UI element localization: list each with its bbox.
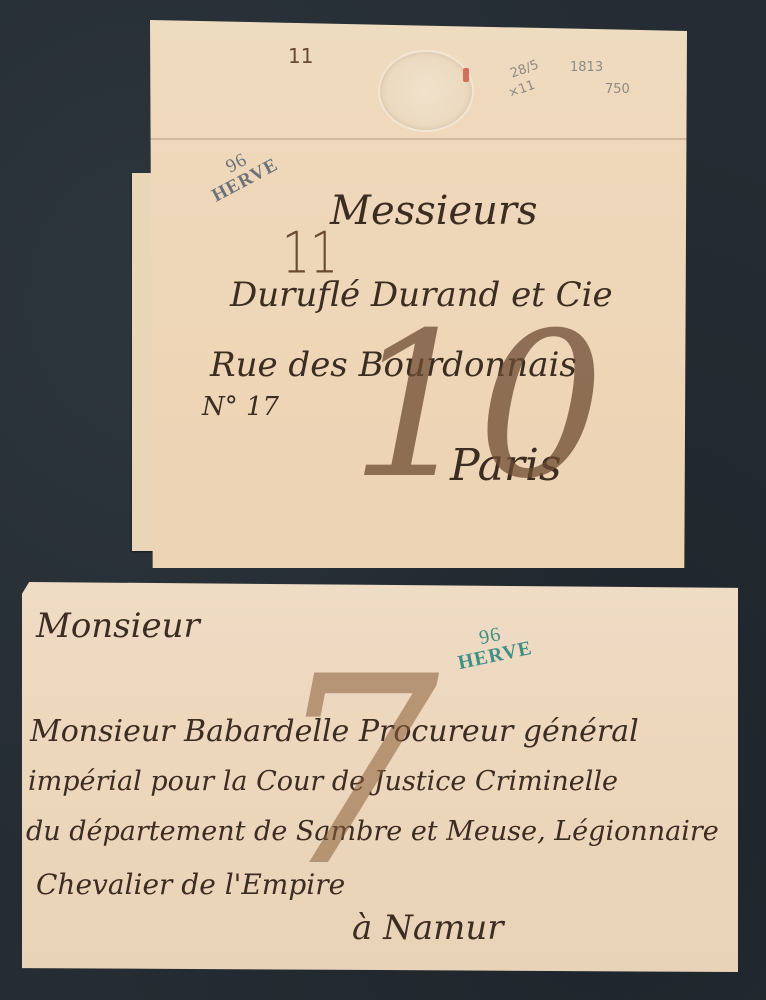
postmark-herve: 96 HERVE: [200, 138, 281, 205]
address-line: Messieurs: [330, 188, 538, 234]
rate-mark: 7: [274, 622, 439, 924]
address-line: N° 17: [202, 392, 279, 422]
address-line: Monsieur: [36, 606, 200, 646]
rate-mark: 10: [350, 290, 605, 523]
top-marks: 11: [288, 44, 313, 68]
red-wax-fragment: [463, 68, 469, 82]
letter-top-flap: [132, 173, 154, 551]
pencil-note: ×11: [506, 78, 537, 101]
pencil-note: 750: [605, 82, 630, 97]
postmark-herve: 96 HERVE: [452, 618, 534, 673]
letter-top: 11 28/5 ×11 1813 750 96 HERVE 11 Messieu…: [150, 20, 687, 568]
pencil-note: 28/5: [508, 57, 541, 81]
fold-crease: [150, 138, 687, 140]
pencil-note: 1813: [570, 60, 603, 75]
letter-bottom: 96 HERVE Monsieur Monsieur Babardelle Pr…: [22, 582, 738, 972]
wax-seal-impression: [378, 50, 474, 132]
